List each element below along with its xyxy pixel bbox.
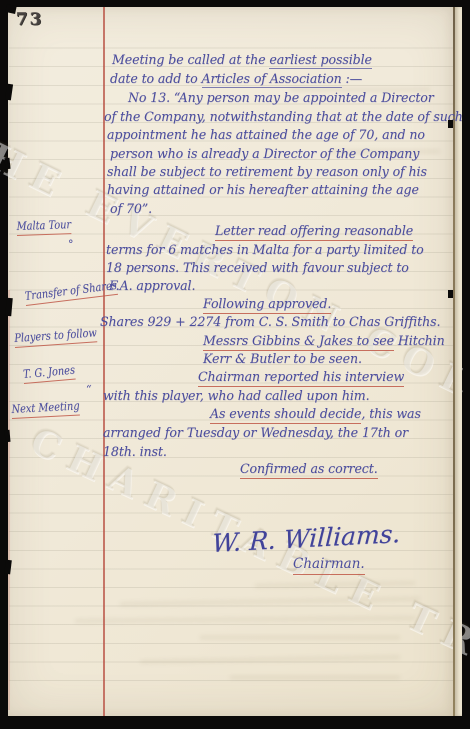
handwritten-segment: Meeting be called at the (112, 52, 269, 67)
ditto-mark: ° (68, 238, 74, 251)
handwritten-segment: Hitchin (394, 333, 445, 348)
handwritten-line: with this player, who had called upon hi… (103, 388, 370, 403)
handwritten-segment: of 70”. (110, 201, 152, 216)
handwritten-segment: person who is already a Director of the … (110, 146, 419, 161)
handwritten-line: As events should decide, this was (210, 406, 421, 421)
handwritten-line: date to add to Articles of Association :… (110, 71, 362, 86)
handwritten-segment: Chairman reported his interview (198, 369, 404, 387)
handwritten-segment: :— (342, 71, 363, 86)
handwritten-segment: Kerr & Butler to be seen. (203, 351, 362, 366)
handwritten-segment: 18th. inst. (103, 444, 167, 459)
handwritten-segment: terms for 6 matches in Malta for a party… (106, 242, 424, 257)
handwritten-line: having attained or his hereafter attaini… (107, 182, 419, 197)
handwritten-segment: shall be subject to retirement by reason… (107, 164, 427, 179)
handwritten-segment: , this was (361, 406, 420, 421)
handwritten-segment: appointment he has attained the age of 7… (107, 127, 425, 142)
handwritten-segment: Letter read offering reasonable (215, 223, 413, 241)
handwritten-line: 18th. inst. (103, 444, 167, 459)
handwritten-segment: Articles of Association (202, 71, 342, 88)
signature-title: Chairman. (293, 556, 365, 575)
page-edge-tint (8, 290, 10, 710)
scan-edge-artifact (5, 4, 16, 14)
handwritten-line: F.A. approval. (109, 278, 195, 293)
scan-edge-artifact (448, 120, 453, 128)
handwritten-segment: arranged for Tuesday or Wednesday, the 1… (103, 425, 408, 440)
handwritten-segment: date to add to (110, 71, 202, 86)
handwritten-line: of the Company, notwithstanding that at … (104, 109, 463, 124)
handwritten-segment: Shares 929 + 2274 from C. S. Smith to Ch… (100, 314, 440, 329)
margin-note: Malta Tour (16, 217, 71, 235)
ditto-mark: “ (86, 383, 92, 396)
handwritten-line: of 70”. (110, 201, 152, 216)
handwritten-line: shall be subject to retirement by reason… (107, 164, 427, 179)
handwritten-line: Messrs Gibbins & Jakes to see Hitchin (203, 333, 445, 348)
handwritten-segment: earliest possible (269, 52, 371, 69)
handwritten-line: terms for 6 matches in Malta for a party… (106, 242, 424, 257)
handwritten-segment: As events should decide (210, 406, 361, 424)
page-number: 73 (16, 10, 44, 30)
handwritten-line: Shares 929 + 2274 from C. S. Smith to Ch… (100, 314, 440, 329)
handwritten-line: Meeting be called at the earliest possib… (112, 52, 372, 67)
handwritten-line: arranged for Tuesday or Wednesday, the 1… (103, 425, 408, 440)
handwritten-line: Confirmed as correct. (240, 461, 378, 476)
handwritten-line: 18 persons. This received with favour su… (106, 260, 409, 275)
handwritten-line: Kerr & Butler to be seen. (203, 351, 362, 366)
handwritten-line: appointment he has attained the age of 7… (107, 127, 425, 142)
handwritten-segment: F.A. approval. (109, 278, 195, 293)
handwritten-segment: No 13. “Any person may be appointed a Di… (128, 90, 434, 105)
scan-edge-artifact (4, 430, 10, 442)
handwritten-segment: 18 persons. This received with favour su… (106, 260, 409, 275)
handwritten-line: Letter read offering reasonable (215, 223, 413, 238)
handwritten-segment: Messrs Gibbins & Jakes to see (203, 333, 394, 351)
handwritten-segment: having attained or his hereafter attaini… (107, 182, 419, 197)
scan-edge-artifact (448, 290, 453, 298)
scanned-minute-book-page: THE EVERTON COLLECTION CHARITABLE TRUST … (0, 0, 470, 729)
handwritten-segment: Following approved. (203, 296, 331, 314)
handwritten-segment: Confirmed as correct. (240, 461, 378, 479)
handwritten-line: person who is already a Director of the … (110, 146, 419, 161)
handwritten-line: Chairman reported his interview (198, 369, 404, 384)
handwritten-line: No 13. “Any person may be appointed a Di… (128, 90, 434, 105)
handwritten-segment: with this player, who had called upon hi… (103, 388, 370, 403)
scan-edge-artifact (4, 158, 10, 169)
handwritten-line: Following approved. (203, 296, 331, 311)
handwritten-segment: of the Company, notwithstanding that at … (104, 109, 463, 124)
